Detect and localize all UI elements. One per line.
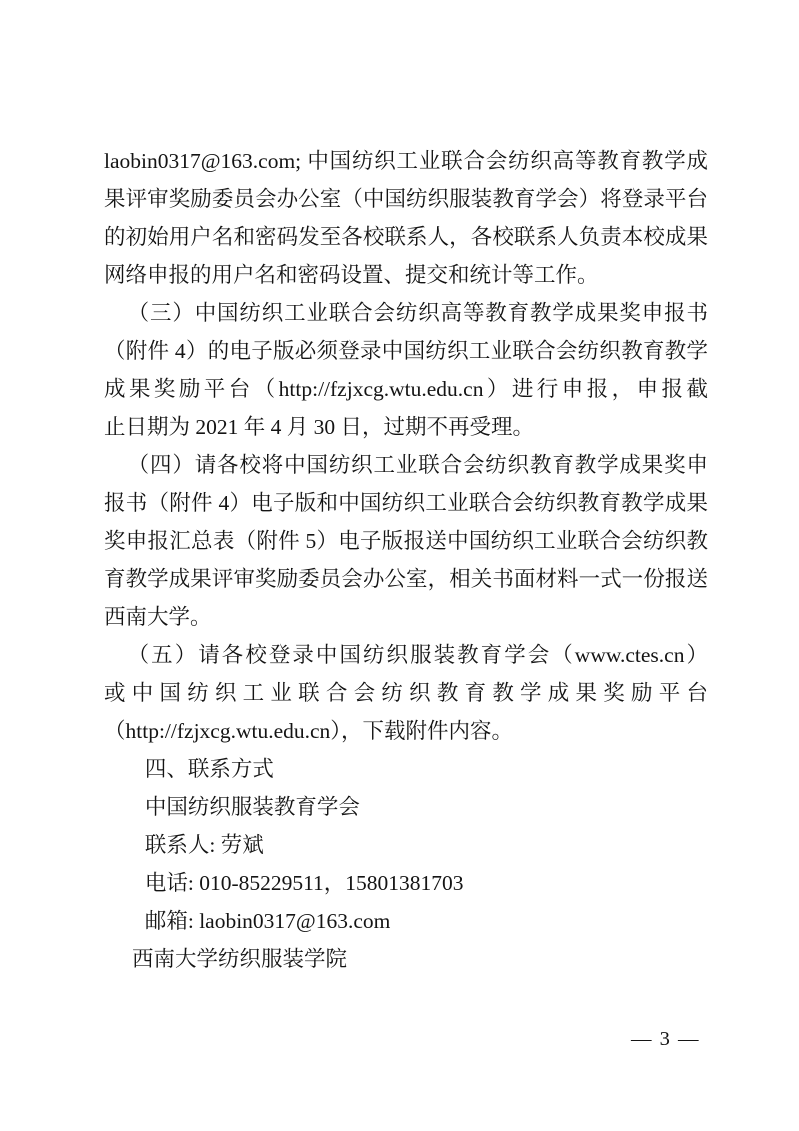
text-line: 网络申报的用户名和密码设置、提交和统计等工作。 [104,256,708,294]
paragraph: （五）请各校登录中国纺织服装教育学会（www.ctes.cn）或中国纺织工业联合… [104,636,708,750]
paragraph: 邮箱: laobin0317@163.com [104,902,708,940]
text-line: 邮箱: laobin0317@163.com [104,902,708,940]
text-line: laobin0317@163.com; 中国纺织工业联合会纺织高等教育教学成 [104,142,708,180]
text-line: 成果奖励平台（http://fzjxcg.wtu.edu.cn）进行申报，申报截 [104,370,708,408]
text-line: 或中国纺织工业联合会纺织教育教学成果奖励平台 [104,674,708,712]
text-line: 奖申报汇总表（附件 5）电子版报送中国纺织工业联合会纺织教 [104,522,708,560]
paragraph: （四）请各校将中国纺织工业联合会纺织教育教学成果奖申报书（附件 4）电子版和中国… [104,446,708,636]
text-line: 果评审奖励委员会办公室（中国纺织服装教育学会）将登录平台 [104,180,708,218]
paragraph: （三）中国纺织工业联合会纺织高等教育教学成果奖申报书（附件 4）的电子版必须登录… [104,294,708,446]
paragraph: laobin0317@163.com; 中国纺织工业联合会纺织高等教育教学成果评… [104,142,708,294]
document-body: laobin0317@163.com; 中国纺织工业联合会纺织高等教育教学成果评… [104,142,708,978]
paragraph: 联系人: 劳斌 [104,826,708,864]
text-line: 联系人: 劳斌 [104,826,708,864]
text-line: （五）请各校登录中国纺织服装教育学会（www.ctes.cn） [104,636,708,674]
text-line: 中国纺织服装教育学会 [104,788,708,826]
text-line: 报书（附件 4）电子版和中国纺织工业联合会纺织教育教学成果 [104,484,708,522]
text-line: 的初始用户名和密码发至各校联系人，各校联系人负责本校成果 [104,218,708,256]
paragraph: 四、联系方式 [104,750,708,788]
text-line: （四）请各校将中国纺织工业联合会纺织教育教学成果奖申 [104,446,708,484]
paragraph: 电话: 010-85229511，15801381703 [104,864,708,902]
text-line: 电话: 010-85229511，15801381703 [104,864,708,902]
text-line: 止日期为 2021 年 4 月 30 日，过期不再受理。 [104,408,708,446]
text-line: （附件 4）的电子版必须登录中国纺织工业联合会纺织教育教学 [104,332,708,370]
text-line: （三）中国纺织工业联合会纺织高等教育教学成果奖申报书 [104,294,708,332]
text-line: 四、联系方式 [104,750,708,788]
page-number: — 3 — [631,1026,700,1052]
text-line: 育教学成果评审奖励委员会办公室，相关书面材料一式一份报送 [104,560,708,598]
text-line: 西南大学纺织服装学院 [104,940,708,978]
text-line: （http://fzjxcg.wtu.edu.cn），下载附件内容。 [104,712,708,750]
paragraph: 中国纺织服装教育学会 [104,788,708,826]
document-page: laobin0317@163.com; 中国纺织工业联合会纺织高等教育教学成果评… [0,0,799,1131]
text-line: 西南大学。 [104,598,708,636]
paragraph: 西南大学纺织服装学院 [104,940,708,978]
